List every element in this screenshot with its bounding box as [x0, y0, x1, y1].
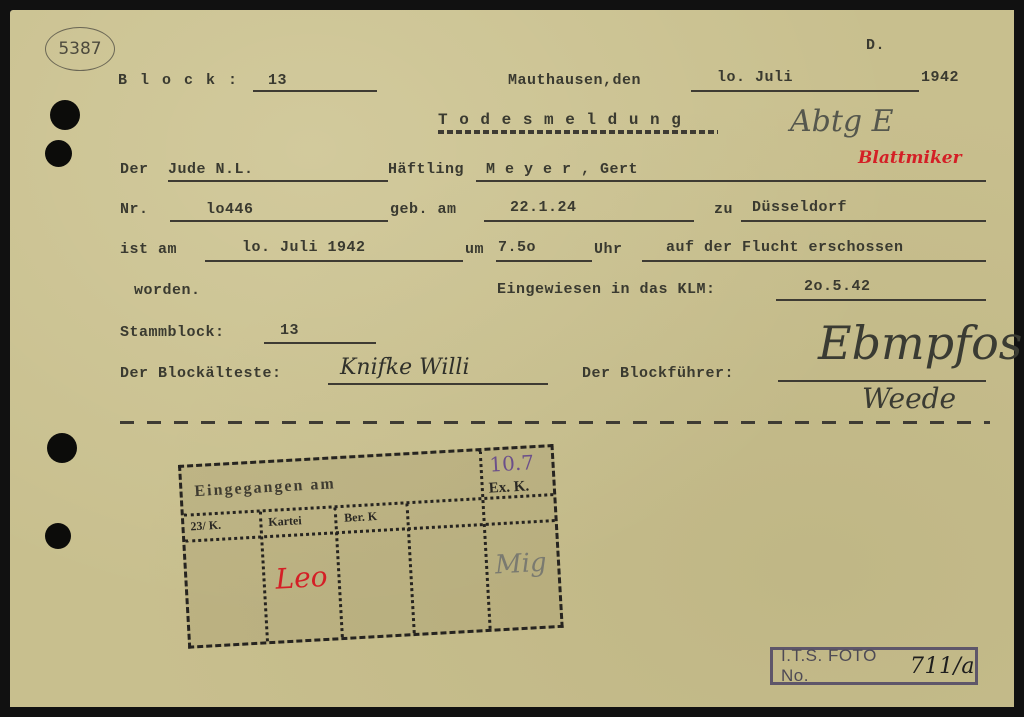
document-title: T o d e s m e l d u n g: [438, 111, 682, 129]
death-date-underline: [205, 260, 463, 262]
stamp-column-line: [259, 511, 269, 641]
its-foto-number: 711/a: [910, 654, 975, 679]
label-haeftling: Häftling: [388, 161, 464, 178]
prisoner-number: lo446: [206, 201, 254, 218]
date-value: lo. Juli: [717, 69, 793, 86]
stamp-column-line: [334, 507, 344, 637]
number-underline: [170, 220, 388, 222]
prisoner-category: Jude N.L.: [168, 161, 254, 178]
archive-number: 5387: [58, 39, 101, 59]
punch-hole-icon: [47, 433, 77, 463]
birth-place: Düsseldorf: [752, 199, 847, 216]
punch-hole-icon: [45, 140, 72, 167]
stamp-col-1: 23/ K.: [190, 518, 221, 535]
punch-hole-icon: [50, 100, 80, 130]
archive-number-circle: 5387: [45, 27, 115, 71]
birth-date: 22.1.24: [510, 199, 577, 216]
date-underline: [691, 90, 919, 92]
block-underline: [253, 90, 377, 92]
label-blockaelteste: Der Blockälteste:: [120, 365, 282, 382]
title-underline: [438, 130, 718, 134]
red-annotation: Blattmiker: [858, 148, 962, 168]
stamp-gray-signature: Mig: [494, 548, 547, 581]
stamp-header: Eingegangen am: [194, 475, 336, 501]
admission-date: 2o.5.42: [804, 278, 871, 295]
cause-of-death: auf der Flucht erschossen: [666, 239, 904, 256]
year-value: 1942: [921, 69, 959, 86]
birth-date-underline: [484, 220, 694, 222]
stammblock-value: 13: [280, 322, 299, 339]
label-ist-am: ist am: [120, 241, 177, 258]
name-underline: [476, 180, 986, 182]
label-eingewiesen: Eingewiesen in das KLM:: [497, 281, 716, 298]
label-uhr: Uhr: [594, 241, 623, 258]
blockaelteste-signature: Knifke Willi: [340, 355, 470, 380]
dashed-separator: [120, 421, 990, 424]
handwritten-department-note: Abtg E: [790, 104, 894, 139]
received-stamp: Eingegangen am 10.7 23/ K. Kartei Ber. K…: [178, 444, 564, 649]
label-geb-am: geb. am: [390, 201, 457, 218]
prisoner-name: M e y e r , Gert: [486, 161, 638, 178]
label-der: Der: [120, 161, 149, 178]
stamp-col-5: Ex. K.: [488, 478, 529, 497]
stamp-red-signature: Leo: [275, 560, 329, 596]
label-nr: Nr.: [120, 201, 149, 218]
label-zu: zu: [714, 201, 733, 218]
admission-underline: [776, 299, 986, 301]
label-worden: worden.: [134, 282, 201, 299]
place-label: Mauthausen,den: [508, 72, 641, 89]
stammblock-underline: [264, 342, 376, 344]
punch-hole-icon: [45, 523, 71, 549]
death-time: 7.5o: [498, 239, 536, 256]
death-date: lo. Juli 1942: [242, 239, 366, 256]
stamp-handwritten-date: 10.7: [489, 450, 535, 476]
birth-place-underline: [741, 220, 986, 222]
label-blockfuehrer: Der Blockführer:: [582, 365, 734, 382]
death-report-card: 5387 D. B l o c k : 13 Mauthausen,den lo…: [10, 10, 1014, 707]
stamp-column-line: [405, 503, 415, 633]
stamp-col-3: Ber. K: [344, 509, 378, 526]
cause-underline: [642, 260, 986, 262]
time-underline: [496, 260, 592, 262]
stamp-column-line: [479, 451, 492, 629]
its-foto-label: I.T.S. FOTO No.: [781, 646, 907, 686]
blockfuehrer-signature: Ebmpfosl: [818, 316, 1024, 370]
block-value: 13: [268, 72, 287, 89]
label-stammblock: Stammblock:: [120, 324, 225, 341]
blockfuehrer-signature-2: Weede: [862, 382, 956, 415]
category-underline: [168, 180, 388, 182]
its-foto-stamp: I.T.S. FOTO No. 711/a: [770, 647, 978, 685]
block-label: B l o c k :: [118, 72, 239, 89]
stamp-col-2: Kartei: [268, 513, 302, 530]
corner-mark: D.: [866, 37, 885, 54]
blockaelteste-underline: [328, 383, 548, 385]
label-um: um: [465, 241, 484, 258]
